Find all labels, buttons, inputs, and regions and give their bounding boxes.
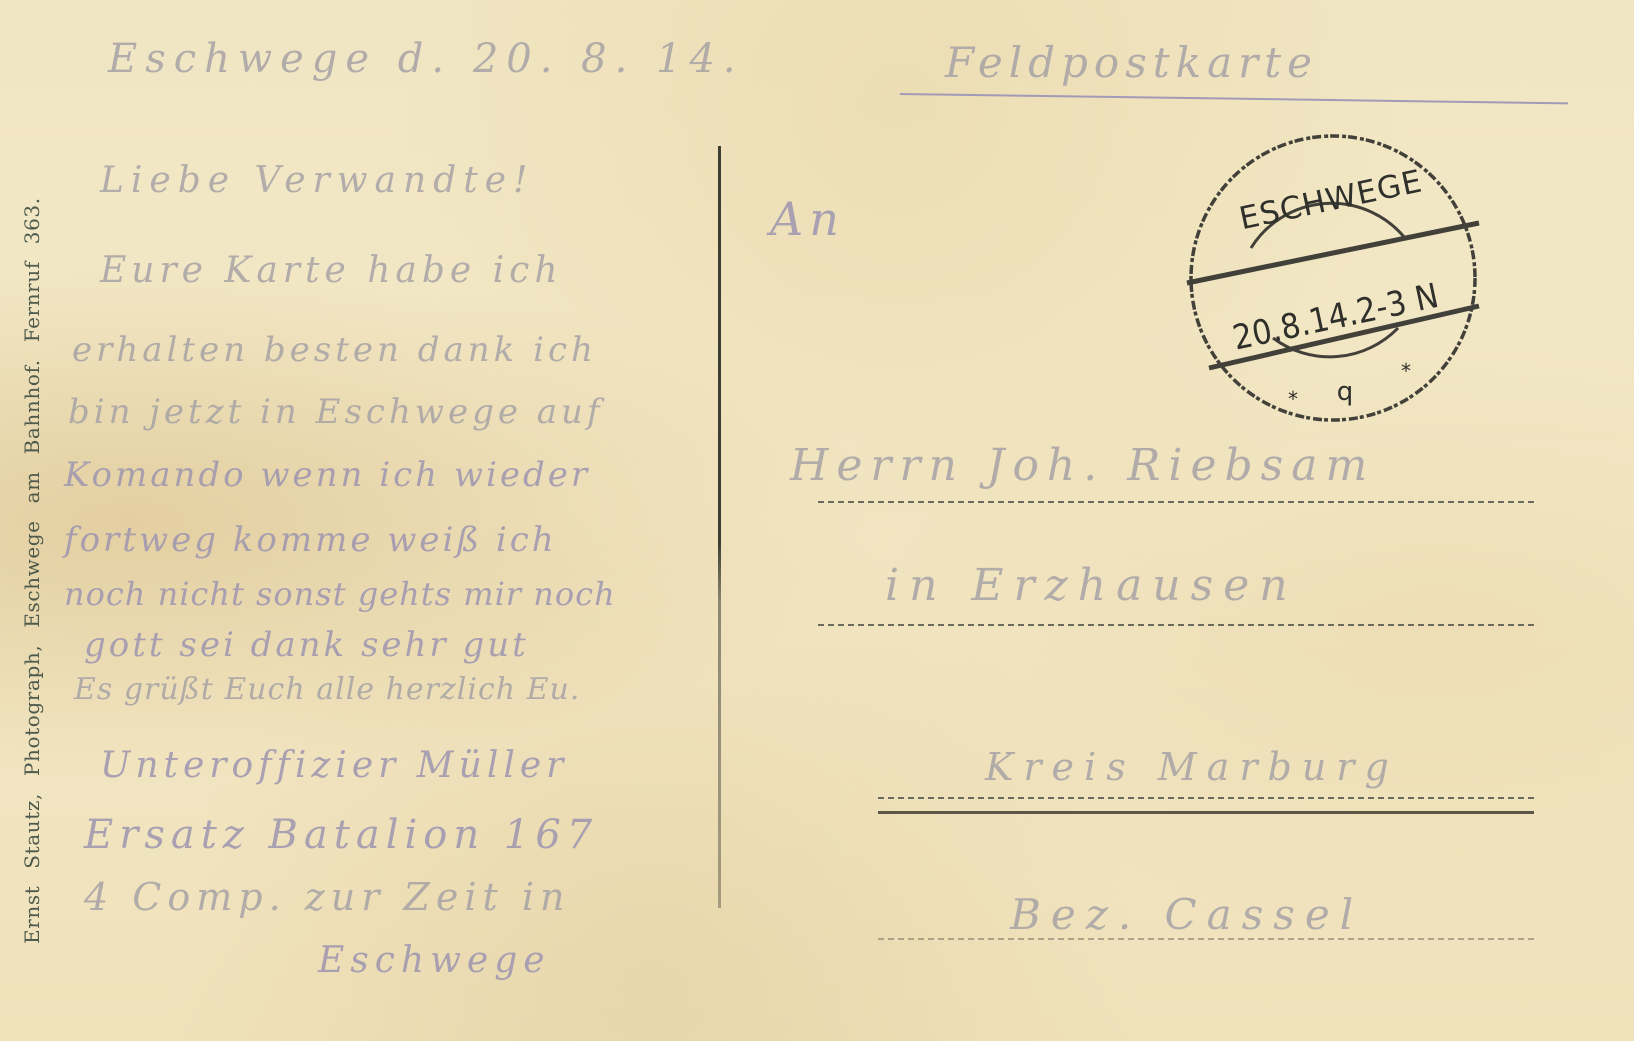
message-line: 4 Comp. zur Zeit in (84, 875, 571, 919)
address-line: in Erzhausen (885, 560, 1298, 611)
address-salutation: An (770, 192, 845, 246)
center-divider (718, 146, 721, 908)
postcard-back: Ernst Stautz, Photograph, Eschwege am Ba… (0, 0, 1634, 1041)
message-line: erhalten besten dank ich (72, 330, 597, 370)
address-rule (878, 938, 1534, 940)
address-rule (878, 797, 1534, 799)
postmark-star-right: * (1401, 359, 1411, 383)
message-line: Liebe Verwandte! (100, 160, 534, 201)
message-line: Komando wenn ich wieder (64, 455, 590, 495)
postmark-stamp: ESCHWEGE 20.8.14.2-3 N b * * (1183, 128, 1483, 428)
message-line: noch nicht sonst gehts mir noch (64, 575, 616, 613)
title-underline (900, 93, 1568, 104)
postmark-letter: b (1337, 379, 1354, 409)
message-line: Es grüßt Euch alle herzlich Eu. (74, 672, 580, 707)
address-line: Herrn Joh. Riebsam (790, 440, 1375, 491)
address-line: Bez. Cassel (1010, 890, 1363, 939)
postmark-date: 20.8.14.2-3 N (1229, 276, 1442, 359)
message-line: bin jetzt in Eschwege auf (68, 392, 604, 432)
place-date: Eschwege d. 20. 8. 14. (108, 36, 744, 82)
postmark-star-left: * (1288, 387, 1298, 411)
address-rule-bold (878, 811, 1534, 814)
message-line: gott sei dank sehr gut (84, 625, 529, 665)
message-line: fortweg komme weiß ich (64, 520, 557, 560)
address-line: Kreis Marburg (985, 745, 1399, 789)
address-rule (818, 624, 1534, 626)
message-line: Ersatz Batalion 167 (84, 812, 598, 858)
message-line: Eschwege (318, 940, 551, 981)
publisher-imprint: Ernst Stautz, Photograph, Eschwege am Ba… (20, 197, 44, 944)
message-line: Unteroffizier Müller (100, 745, 568, 786)
address-rule (818, 501, 1534, 503)
postmark-city: ESCHWEGE (1236, 163, 1425, 237)
card-type-label: Feldpostkarte (945, 38, 1318, 87)
message-line: Eure Karte habe ich (100, 250, 563, 291)
